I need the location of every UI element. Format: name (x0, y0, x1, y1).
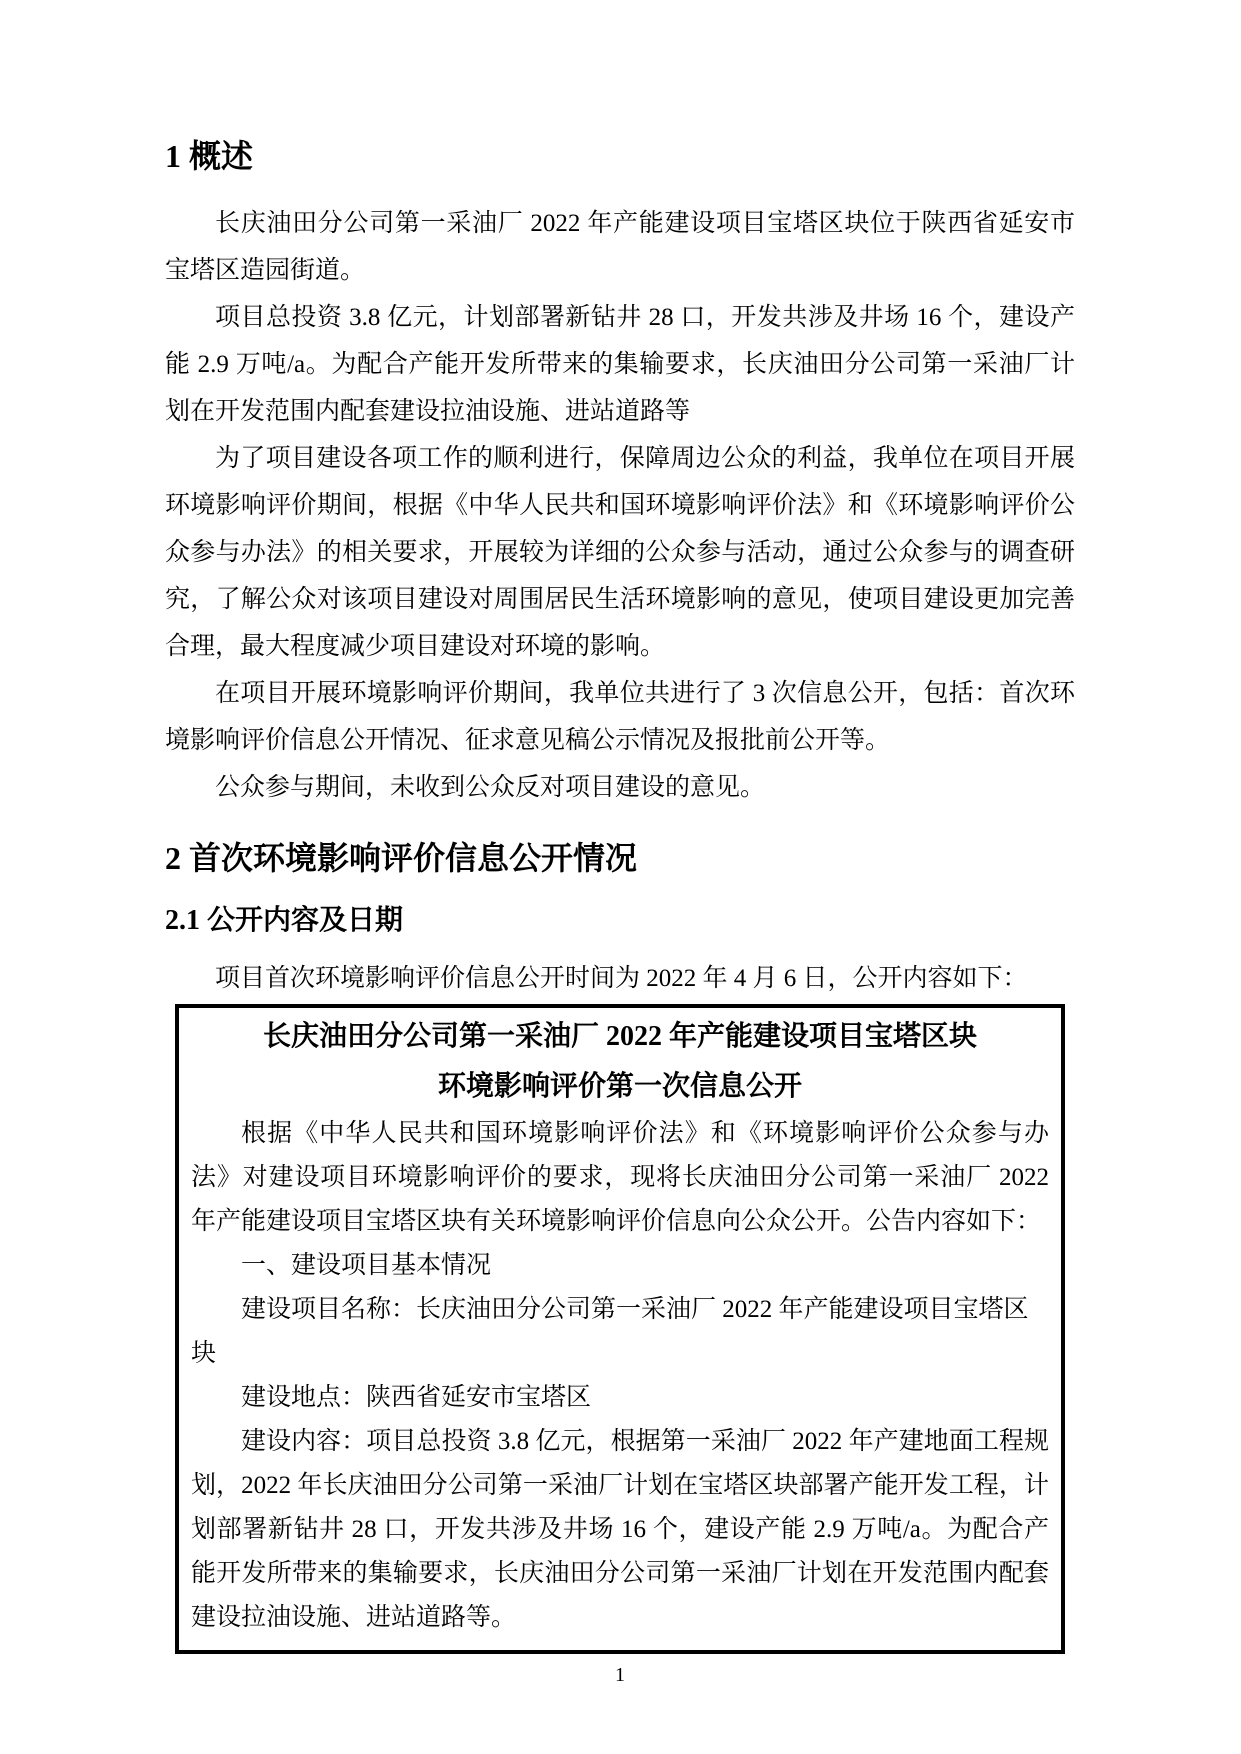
notice-project-name: 建设项目名称：长庆油田分公司第一采油厂 2022 年产能建设项目宝塔区块 (191, 1288, 1049, 1376)
heading-first-disclosure: 2 首次环境影响评价信息公开情况 (165, 835, 1075, 881)
notice-paragraph-basis: 根据《中华人民共和国环境影响评价法》和《环境影响评价公众参与办法》对建设项目环境… (191, 1112, 1049, 1244)
paragraph-disclosure-date: 项目首次环境影响评价信息公开时间为 2022 年 4 月 6 日，公开内容如下： (165, 955, 1075, 1002)
document-page: 1 概述 长庆油田分公司第一采油厂 2022 年产能建设项目宝塔区块位于陕西省延… (0, 0, 1241, 1754)
notice-item1-heading: 一、建设项目基本情况 (191, 1244, 1049, 1288)
page-number: 1 (165, 1662, 1075, 1688)
notice-project-content: 建设内容：项目总投资 3.8 亿元，根据第一采油厂 2022 年产建地面工程规划… (191, 1420, 1049, 1640)
paragraph-project-investment: 项目总投资 3.8 亿元，计划部署新钻井 28 口，开发共涉及井场 16 个，建… (165, 294, 1075, 435)
heading-overview: 1 概述 (165, 134, 1075, 178)
document-content: 1 概述 长庆油田分公司第一采油厂 2022 年产能建设项目宝塔区块位于陕西省延… (165, 134, 1075, 1688)
paragraph-information-disclosure: 在项目开展环境影响评价期间，我单位共进行了 3 次信息公开，包括：首次环境影响评… (165, 670, 1075, 764)
paragraph-no-objection: 公众参与期间，未收到公众反对项目建设的意见。 (165, 764, 1075, 811)
first-disclosure-notice-box: 长庆油田分公司第一采油厂 2022 年产能建设项目宝塔区块 环境影响评价第一次信… (175, 1004, 1065, 1654)
paragraph-project-location: 长庆油田分公司第一采油厂 2022 年产能建设项目宝塔区块位于陕西省延安市宝塔区… (165, 200, 1075, 294)
notice-title-line2: 环境影响评价第一次信息公开 (191, 1062, 1049, 1112)
notice-project-location: 建设地点：陕西省延安市宝塔区 (191, 1376, 1049, 1420)
heading-disclosure-content-date: 2.1 公开内容及日期 (165, 901, 1075, 941)
notice-title-line1: 长庆油田分公司第一采油厂 2022 年产能建设项目宝塔区块 (191, 1012, 1049, 1062)
paragraph-public-participation: 为了项目建设各项工作的顺利进行，保障周边公众的利益，我单位在项目开展环境影响评价… (165, 435, 1075, 670)
